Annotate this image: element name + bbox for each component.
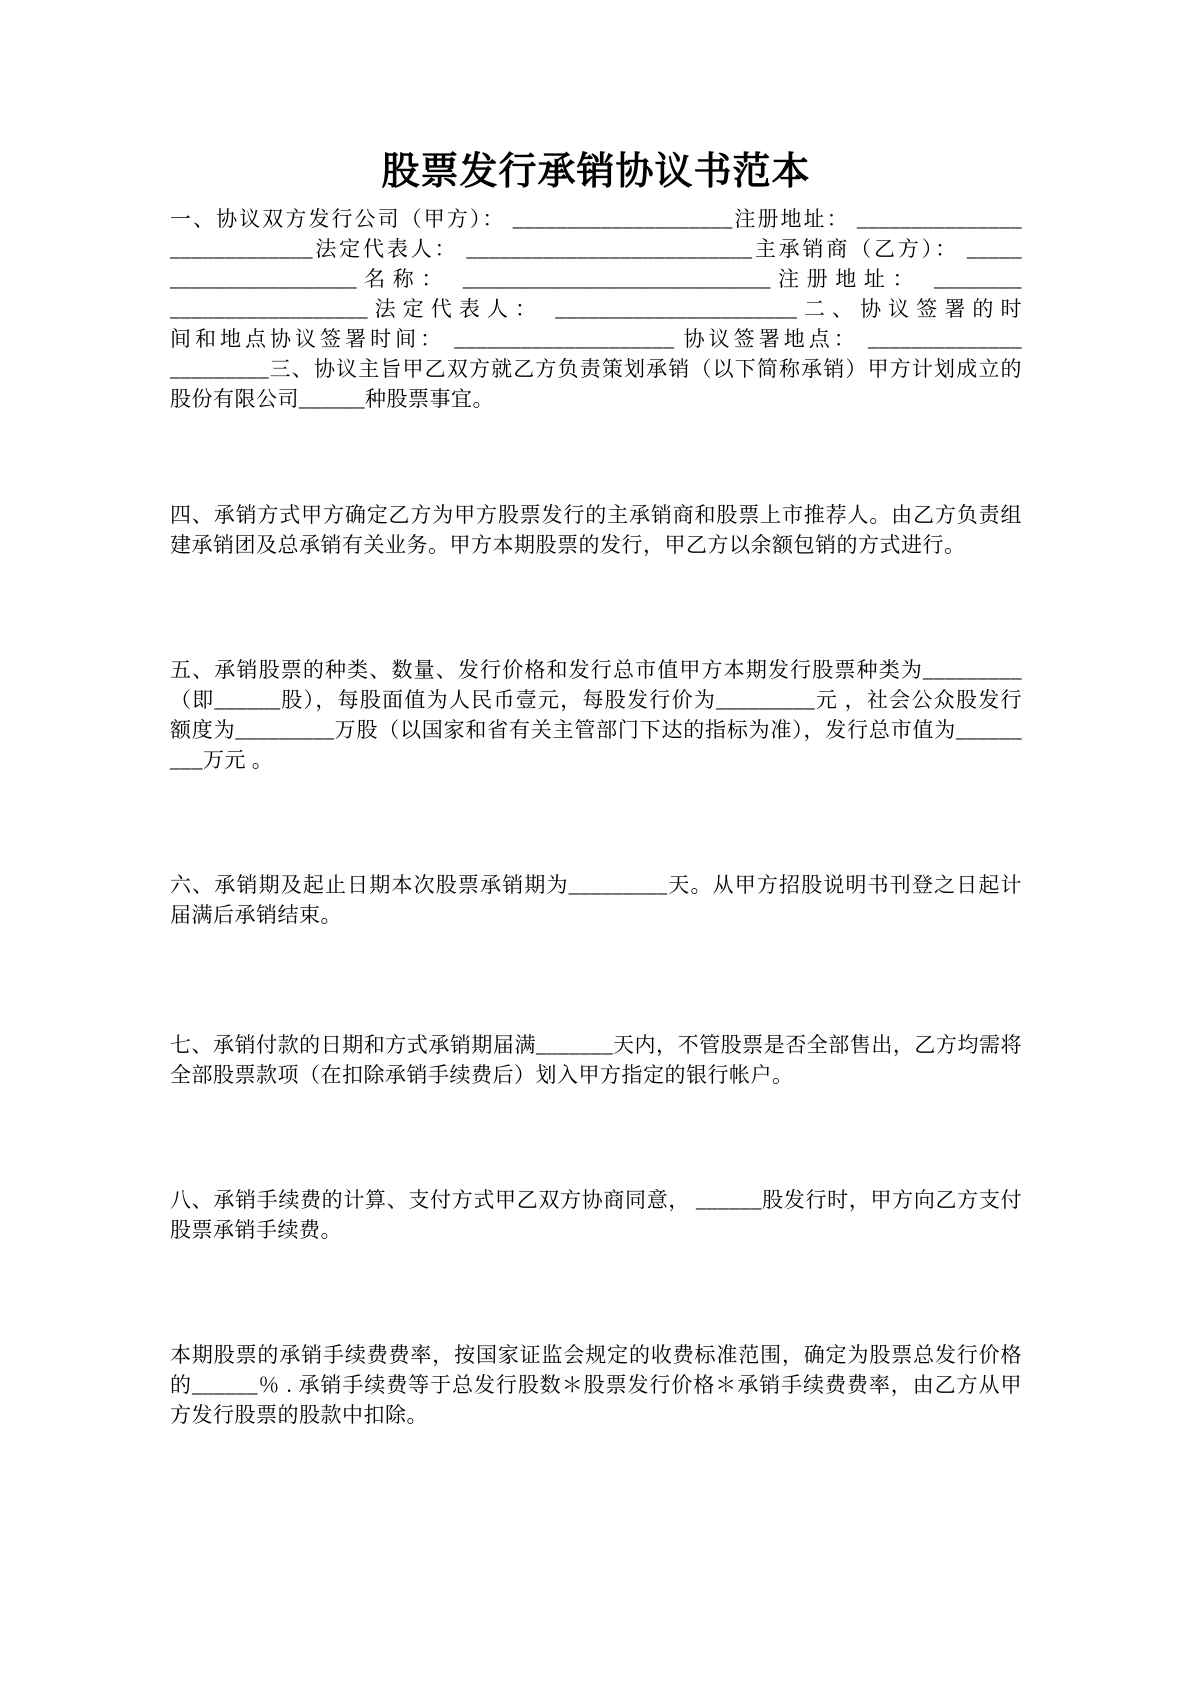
section-payment: 七、承销付款的日期和方式承销期届满_______天内，不管股票是否全部售出，乙方… bbox=[170, 1030, 1022, 1090]
doc-line: 股票承销手续费。 bbox=[170, 1215, 1022, 1245]
doc-line: 的______％ . 承销手续费等于总发行股数＊股票发行价格＊承销手续费费率，由… bbox=[170, 1370, 1022, 1400]
document-title: 股票发行承销协议书范本 bbox=[170, 142, 1022, 202]
doc-line: ___万元 。 bbox=[170, 745, 1022, 775]
doc-line: 额度为_________万股（以国家和省有关主管部门下达的指标为准），发行总市值… bbox=[170, 715, 1022, 745]
doc-line: _____________法定代表人： ____________________… bbox=[170, 234, 1022, 264]
section-parties-and-signing: 一、协议双方发行公司（甲方）： ____________________注册地址… bbox=[170, 204, 1022, 414]
doc-line: 届满后承销结束。 bbox=[170, 900, 1022, 930]
doc-line: _________________名称： ___________________… bbox=[170, 264, 1022, 294]
doc-line: （即______股），每股面值为人民币壹元，每股发行价为_________元 ，… bbox=[170, 685, 1022, 715]
section-underwriting-method: 四、承销方式甲方确定乙方为甲方股票发行的主承销商和股票上市推荐人。由乙方负责组建… bbox=[170, 500, 1022, 560]
doc-line: 间和地点协议签署时间： ____________________ 协议签署地点：… bbox=[170, 324, 1022, 354]
doc-line: _________三、协议主旨甲乙双方就乙方负责策划承销（以下简称承销）甲方计划… bbox=[170, 354, 1022, 384]
doc-line: 建承销团及总承销有关业务。甲方本期股票的发行，甲乙方以余额包销的方式进行。 bbox=[170, 530, 1022, 560]
doc-line: 一、协议双方发行公司（甲方）： ____________________注册地址… bbox=[170, 204, 1022, 234]
doc-line: 六、承销期及起止日期本次股票承销期为_________天。从甲方招股说明书刊登之… bbox=[170, 870, 1022, 900]
section-fee-rate: 本期股票的承销手续费费率，按国家证监会规定的收费标准范围，确定为股票总发行价格的… bbox=[170, 1340, 1022, 1430]
doc-line: 股份有限公司______种股票事宜。 bbox=[170, 384, 1022, 414]
section-fee-calculation: 八、承销手续费的计算、支付方式甲乙双方协商同意， ______股发行时，甲方向乙… bbox=[170, 1185, 1022, 1245]
doc-line: 本期股票的承销手续费费率，按国家证监会规定的收费标准范围，确定为股票总发行价格 bbox=[170, 1340, 1022, 1370]
section-underwriting-period: 六、承销期及起止日期本次股票承销期为_________天。从甲方招股说明书刊登之… bbox=[170, 870, 1022, 930]
doc-line: 七、承销付款的日期和方式承销期届满_______天内，不管股票是否全部售出，乙方… bbox=[170, 1030, 1022, 1060]
doc-line: __________________法定代表人： _______________… bbox=[170, 294, 1022, 324]
section-stock-details: 五、承销股票的种类、数量、发行价格和发行总市值甲方本期发行股票种类为______… bbox=[170, 655, 1022, 775]
doc-line: 四、承销方式甲方确定乙方为甲方股票发行的主承销商和股票上市推荐人。由乙方负责组 bbox=[170, 500, 1022, 530]
doc-line: 八、承销手续费的计算、支付方式甲乙双方协商同意， ______股发行时，甲方向乙… bbox=[170, 1185, 1022, 1215]
doc-line: 全部股票款项（在扣除承销手续费后）划入甲方指定的银行帐户。 bbox=[170, 1060, 1022, 1090]
document-page: 股票发行承销协议书范本 一、协议双方发行公司（甲方）： ____________… bbox=[0, 0, 1190, 1683]
doc-line: 五、承销股票的种类、数量、发行价格和发行总市值甲方本期发行股票种类为______… bbox=[170, 655, 1022, 685]
doc-line: 方发行股票的股款中扣除。 bbox=[170, 1400, 1022, 1430]
